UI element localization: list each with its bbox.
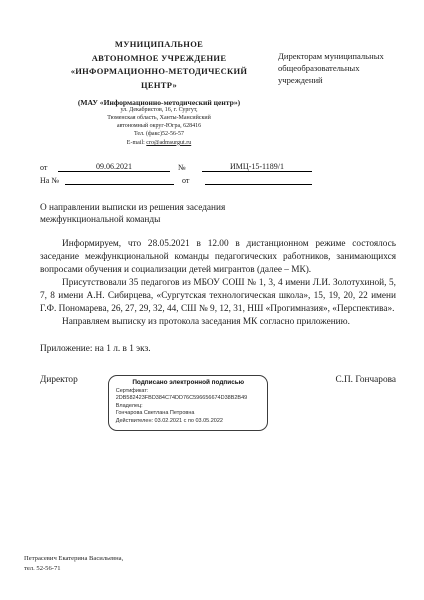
org-email-link[interactable]: cro@admsurgut.ru (146, 140, 191, 146)
stamp-owner-value: Гончарова Светлана Петровна (116, 410, 261, 417)
reply-number-label: На № (40, 176, 65, 185)
org-name-line-2: АВТОНОМНОЕ УЧРЕЖДЕНИЕ (40, 52, 278, 66)
signer-name: С.П. Гончарова (335, 375, 396, 385)
reference-row-reply: На № от (40, 172, 312, 185)
executor-footer: Петрасевич Екатерина Васильевна, тел. 52… (24, 554, 123, 574)
body-paragraph-2: Присутствовали 35 педагогов из МБОУ СОШ … (40, 277, 396, 316)
recipient-block: Директорам муниципальных общеобразовател… (278, 50, 396, 86)
org-email-label: E-mail: (127, 140, 147, 146)
attachment-note: Приложение: на 1 л. в 1 экз. (40, 344, 396, 354)
reference-row-outgoing: от 09.06.2021 № ИМЦ-15-1189/1 (40, 159, 312, 172)
stamp-title: Подписано электронной подписью (116, 379, 261, 386)
org-email-line: E-mail: cro@admsurgut.ru (40, 140, 278, 146)
signature-row: Директор Подписано электронной подписью … (40, 375, 396, 431)
stamp-cert-label: Сертификат: (116, 388, 261, 395)
outgoing-number-label: № (176, 163, 202, 172)
org-address-line-2: Тюменская область, Ханты-Мансийский (40, 115, 278, 123)
letterhead: МУНИЦИПАЛЬНОЕ АВТОНОМНОЕ УЧРЕЖДЕНИЕ «ИНФ… (40, 38, 396, 146)
signer-position: Директор (40, 375, 78, 385)
letter-body: Информируем, что 28.05.2021 в 12.00 в ди… (40, 238, 396, 329)
stamp-owner-label: Владелец: (116, 403, 261, 410)
outgoing-date-label: от (40, 163, 58, 172)
document-page: МУНИЦИПАЛЬНОЕ АВТОНОМНОЕ УЧРЕЖДЕНИЕ «ИНФ… (0, 0, 424, 600)
reference-block: от 09.06.2021 № ИМЦ-15-1189/1 На № от (40, 159, 312, 185)
stamp-cert-value: 2DB582423FBD384C74DD76C596656674D38B2B49 (116, 395, 261, 402)
organization-block: МУНИЦИПАЛЬНОЕ АВТОНОМНОЕ УЧРЕЖДЕНИЕ «ИНФ… (40, 38, 278, 146)
executor-name: Петрасевич Екатерина Васильевна, (24, 554, 123, 564)
org-name-line-4: ЦЕНТР» (40, 79, 278, 93)
electronic-signature-stamp: Подписано электронной подписью Сертифика… (108, 375, 268, 431)
body-paragraph-3: Направляем выписку из протокола заседани… (40, 316, 396, 329)
org-phone: Тел. (факс)52-56-57 (40, 131, 278, 139)
outgoing-date-field: 09.06.2021 (58, 162, 170, 172)
stamp-validity: Действителен: 03.02.2021 с по 03.05.2022 (116, 418, 261, 425)
reply-date-field (205, 184, 312, 185)
org-name-line-1: МУНИЦИПАЛЬНОЕ (40, 38, 278, 52)
subject-line: О направлении выписки из решения заседан… (40, 202, 285, 227)
reply-date-label: от (180, 176, 205, 185)
executor-phone: тел. 52-56-71 (24, 564, 123, 574)
reply-number-field (65, 184, 174, 185)
body-paragraph-1: Информируем, что 28.05.2021 в 12.00 в ди… (40, 238, 396, 277)
org-address-line-3: автономный округ-Югра, 628416 (40, 123, 278, 131)
org-name-line-3: «ИНФОРМАЦИОННО-МЕТОДИЧЕСКИЙ (40, 65, 278, 79)
outgoing-number-field: ИМЦ-15-1189/1 (202, 162, 312, 172)
